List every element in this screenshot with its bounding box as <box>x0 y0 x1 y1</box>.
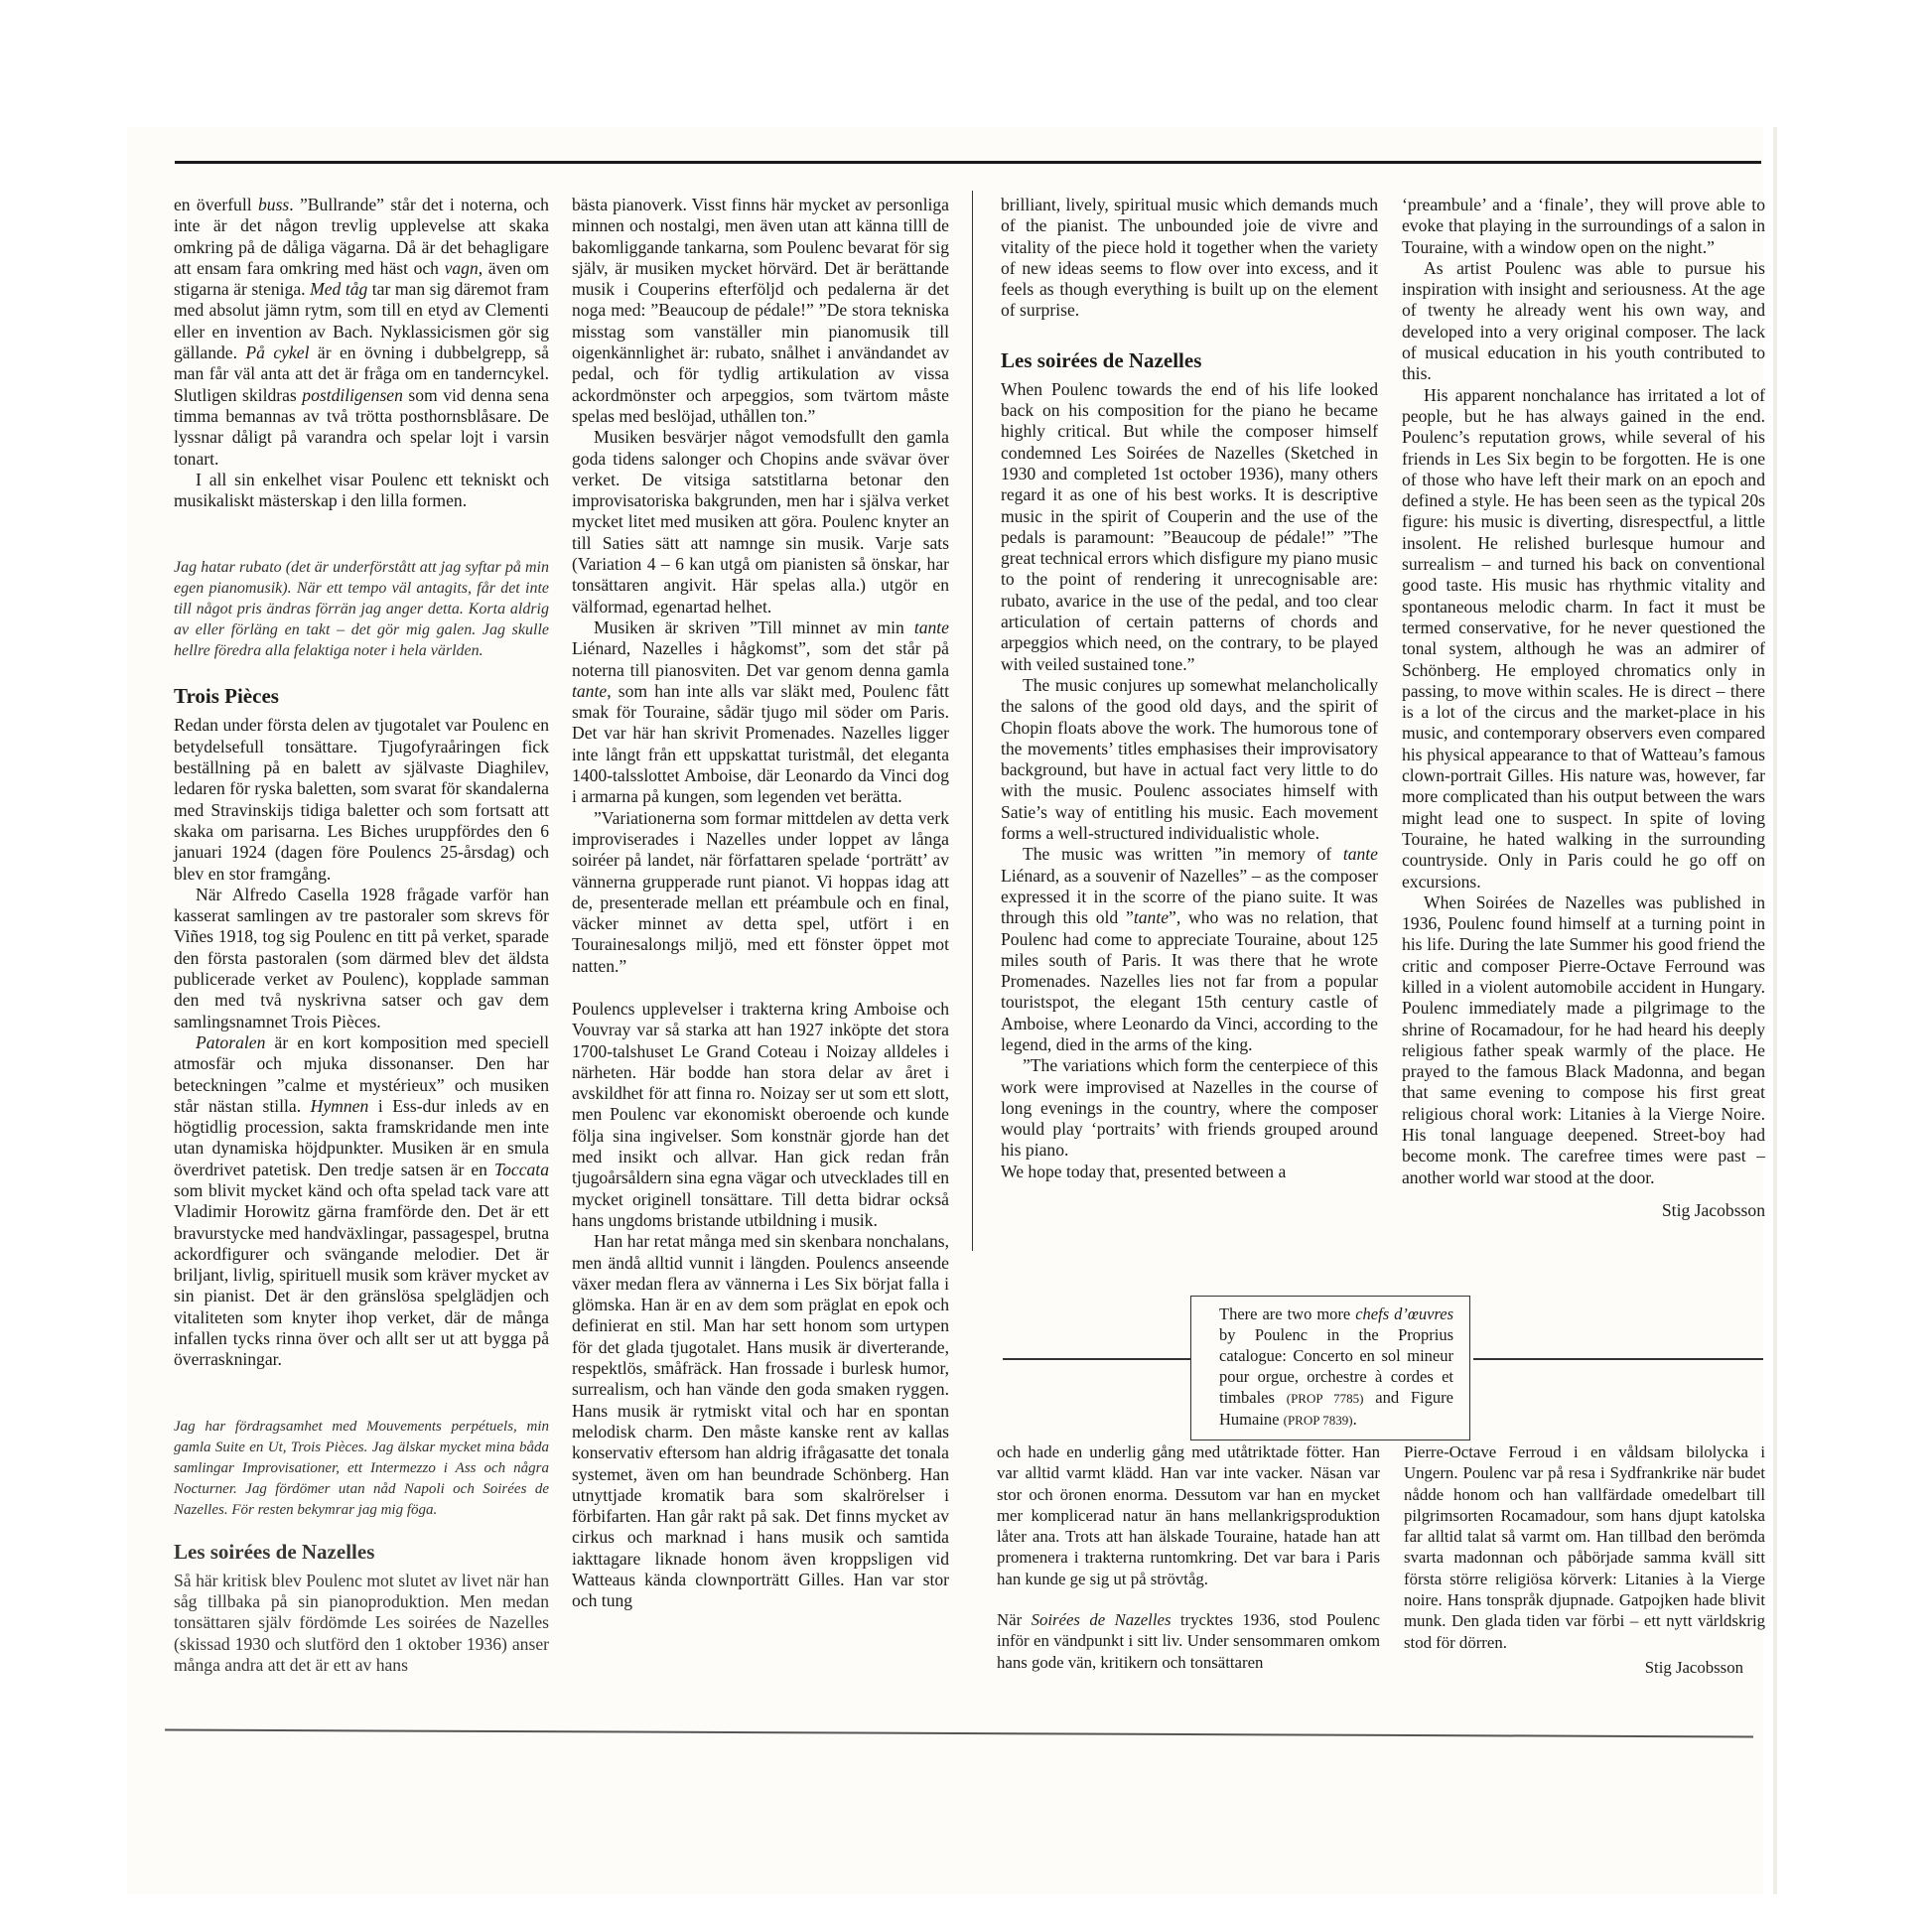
paragraph: Så här kritisk blev Poulenc mot slutet a… <box>174 1571 549 1676</box>
section-heading-soirees: Les soirées de Nazelles <box>174 1539 549 1565</box>
paragraph: Musiken besvärjer något vemodsfullt den … <box>572 427 949 617</box>
author-signature: Stig Jacobsson <box>1402 1200 1765 1221</box>
paragraph: Han har retat många med sin skenbara non… <box>572 1231 949 1611</box>
paragraph: I all sin enkelhet visar Poulenc ett tek… <box>174 470 549 512</box>
column-2-swedish: bästa pianoverk. Visst finns här mycket … <box>572 195 949 1612</box>
poulenc-quote: Jag hatar rubato (det är underförstått a… <box>174 557 549 661</box>
top-rule <box>175 161 1761 164</box>
paragraph: När Soirées de Nazelles trycktes 1936, s… <box>997 1609 1380 1673</box>
paragraph: När Alfredo Casella 1928 frågade varför … <box>174 885 549 1032</box>
paragraph: We hope today that, presented between a <box>1001 1162 1378 1182</box>
paragraph: Patoralen är en kort komposition med spe… <box>174 1032 549 1371</box>
paragraph: ”Variationerna som formar mittdelen av d… <box>572 808 949 977</box>
paragraph: en överfull buss. ”Bullrande” står det i… <box>174 195 549 470</box>
column-6-swedish: Pierre-Octave Ferroud i en våldsam bilol… <box>1404 1441 1765 1678</box>
paragraph: His apparent nonchalance has irritated a… <box>1402 385 1765 892</box>
paragraph: ”The variations which form the centerpie… <box>1001 1055 1378 1161</box>
section-heading-trois-pieces: Trois Pièces <box>174 683 549 709</box>
column-divider <box>972 191 973 1251</box>
paragraph: When Poulenc towards the end of his life… <box>1001 379 1378 675</box>
poulenc-quote: Jag har fördragsamhet med Mouvements per… <box>174 1417 549 1521</box>
paragraph: The music was written ”in memory of tant… <box>1001 844 1378 1055</box>
column-5-swedish: och hade en underlig gång med utåtriktad… <box>997 1441 1380 1673</box>
paragraph: When Soirées de Nazelles was published i… <box>1402 892 1765 1188</box>
catalogue-callout: There are two more chefs d’œuvres by Pou… <box>1190 1296 1470 1440</box>
author-signature: Stig Jacobsson <box>1404 1657 1765 1678</box>
paragraph: Redan under första delen av tjugotalet v… <box>174 715 549 884</box>
callout-line-left <box>1003 1358 1191 1360</box>
paragraph: Poulencs upplevelser i trakterna kring A… <box>572 999 949 1231</box>
page-edge <box>1773 127 1777 1894</box>
column-1-swedish: en överfull buss. ”Bullrande” står det i… <box>174 195 549 1676</box>
column-4-english: ‘preambule’ and a ‘finale’, they will pr… <box>1402 195 1765 1221</box>
paragraph: och hade en underlig gång med utåtriktad… <box>997 1441 1380 1589</box>
paragraph: bästa pianoverk. Visst finns här mycket … <box>572 195 949 427</box>
callout-line-right <box>1473 1358 1763 1360</box>
paragraph: Pierre-Octave Ferroud i en våldsam bilol… <box>1404 1441 1765 1653</box>
paragraph: ‘preambule’ and a ‘finale’, they will pr… <box>1402 195 1765 258</box>
paragraph: The music conjures up somewhat melanchol… <box>1001 675 1378 844</box>
paragraph: brilliant, lively, spiritual music which… <box>1001 195 1378 322</box>
paragraph: Musiken är skriven ”Till minnet av min t… <box>572 617 949 808</box>
paragraph: As artist Poulenc was able to pursue his… <box>1402 258 1765 385</box>
section-heading-soirees-en: Les soirées de Nazelles <box>1001 347 1378 373</box>
column-3-english: brilliant, lively, spiritual music which… <box>1001 195 1378 1182</box>
